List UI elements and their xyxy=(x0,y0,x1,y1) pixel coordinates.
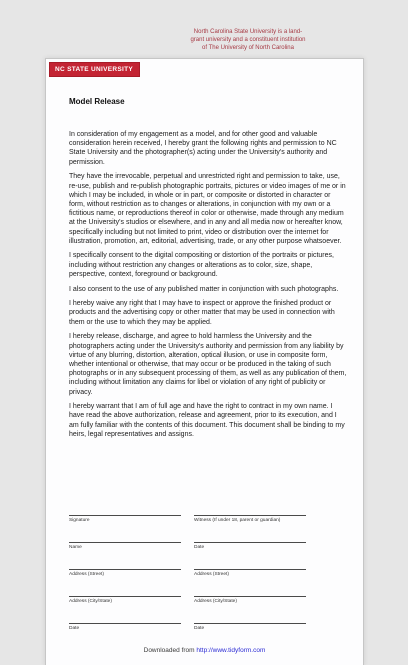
signature-field-address-city-state: Address (City/State) xyxy=(69,596,181,605)
body-paragraph-6: I hereby release, discharge, and agree t… xyxy=(69,332,347,396)
witness-field-address-city-state: Address (City/State) xyxy=(194,596,306,605)
signature-field-name: Name xyxy=(69,542,181,551)
signature-field-label: Address (Street) xyxy=(69,572,181,578)
signature-field-label: Address (Street) xyxy=(194,572,306,578)
signature-field-label: Address (City/State) xyxy=(69,599,181,605)
body-paragraph-1: In consideration of my engagement as a m… xyxy=(69,130,347,167)
tidyform-link[interactable]: http://www.tidyform.com xyxy=(196,647,265,654)
body-paragraph-4: I also consent to the use of any publish… xyxy=(69,285,347,294)
signature-field-label: Signature xyxy=(69,518,181,524)
signature-section: Signature Witness (If under 18, parent o… xyxy=(69,515,307,650)
signature-line xyxy=(69,542,181,543)
university-note-line: grant university and a constituent insti… xyxy=(162,36,334,44)
signature-field-label: Witness (If under 18, parent or guardian… xyxy=(194,518,306,524)
signature-row: Date Date xyxy=(69,623,307,632)
signature-line xyxy=(194,569,306,570)
signature-line xyxy=(69,596,181,597)
body-paragraph-2: They have the irrevocable, perpetual and… xyxy=(69,172,347,246)
signature-line xyxy=(194,596,306,597)
witness-field-date: Date xyxy=(194,542,306,551)
signature-line xyxy=(194,623,306,624)
signature-field-label: Date xyxy=(194,626,306,632)
signature-line xyxy=(69,623,181,624)
document-body: Model Release In consideration of my eng… xyxy=(69,97,347,445)
body-paragraph-5: I hereby waive any right that I may have… xyxy=(69,299,347,327)
document-title: Model Release xyxy=(69,97,347,106)
signature-line xyxy=(69,515,181,516)
university-note-line: North Carolina State University is a lan… xyxy=(162,28,334,36)
body-paragraph-3: I specifically consent to the digital co… xyxy=(69,251,347,279)
signature-row: Address (City/State) Address (City/State… xyxy=(69,596,307,605)
signature-line xyxy=(69,569,181,570)
signature-row: Signature Witness (If under 18, parent o… xyxy=(69,515,307,524)
signature-line xyxy=(194,542,306,543)
signature-row: Address (Street) Address (Street) xyxy=(69,569,307,578)
signature-field-label: Name xyxy=(69,545,181,551)
signature-field-label: Address (City/State) xyxy=(194,599,306,605)
body-paragraph-7: I hereby warrant that I am of full age a… xyxy=(69,402,347,439)
download-footer: Downloaded from http://www.tidyform.com xyxy=(46,647,363,654)
signature-field-signature: Signature xyxy=(69,515,181,524)
university-note-line: of The University of North Carolina xyxy=(162,44,334,52)
witness-field-address-street: Address (Street) xyxy=(194,569,306,578)
download-footer-text: Downloaded from xyxy=(144,647,197,654)
document-page: NC STATE UNIVERSITY Model Release In con… xyxy=(45,58,364,665)
signature-field-label: Date xyxy=(194,545,306,551)
nc-state-logo-banner: NC STATE UNIVERSITY xyxy=(49,62,140,77)
signature-line xyxy=(194,515,306,516)
signature-field-label: Date xyxy=(69,626,181,632)
university-note: North Carolina State University is a lan… xyxy=(162,28,334,52)
witness-field-date-2: Date xyxy=(194,623,306,632)
signature-field-address-street: Address (Street) xyxy=(69,569,181,578)
witness-field-signature: Witness (If under 18, parent or guardian… xyxy=(194,515,306,524)
signature-field-date: Date xyxy=(69,623,181,632)
signature-row: Name Date xyxy=(69,542,307,551)
